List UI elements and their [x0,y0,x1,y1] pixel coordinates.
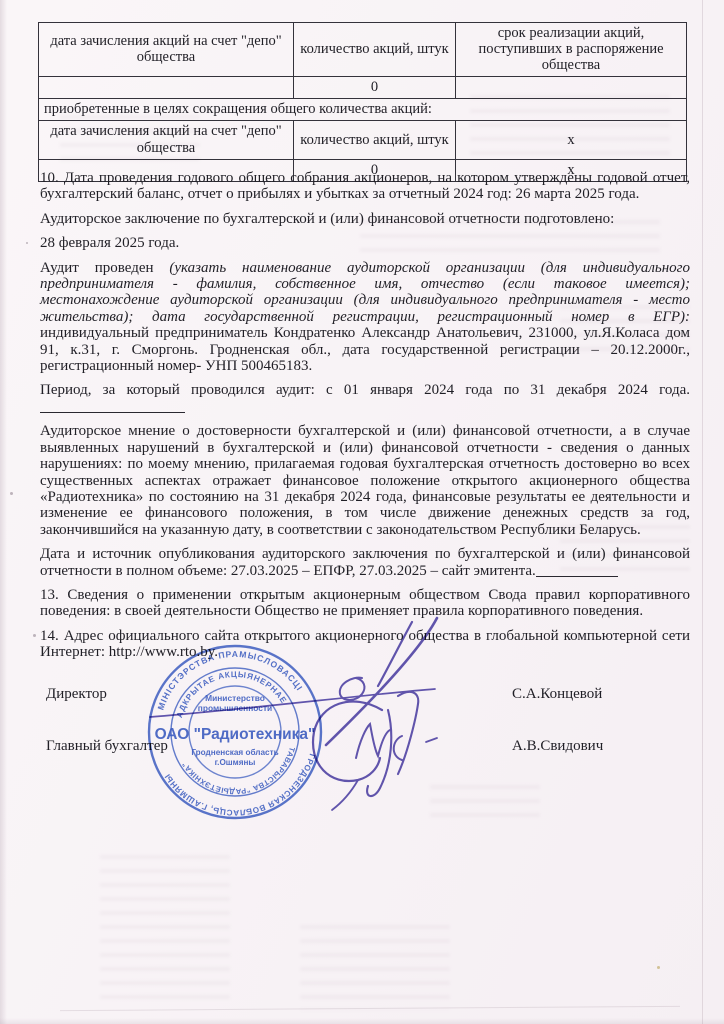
scan-line-artifact [60,1006,680,1011]
handwritten-signatures [130,592,560,827]
table-cell-acquired-for-reduction: приобретенные в целях сокращения общего … [39,98,687,120]
paragraph-publication: Дата и источник опубликования аудиторско… [40,546,690,579]
paragraph-audit-period: Период, за который проводился аудит: с 0… [40,382,690,415]
audit-period-text: Период, за который проводился аудит: с 0… [40,382,690,398]
scan-edge-shade [0,1018,724,1024]
director-signature-ink [150,618,437,745]
scan-speck [10,492,13,495]
table-cell-empty [456,76,687,98]
table-cell-empty [39,76,294,98]
scan-speck [33,634,36,637]
blank-underline [536,564,618,577]
paragraph-audit-report-date: 28 февраля 2025 года. [40,235,690,251]
paper-crease [702,0,703,1024]
table-cell-realization-term-header: срок реализации акций, поступивших в рас… [456,23,687,77]
scanned-document-page: дата зачисления акций на счет "депо" общ… [0,0,724,1024]
table-span-row: приобретенные в целях сокращения общего … [39,98,687,120]
scan-speck [26,242,28,244]
paragraph-agm-date: 10. Дата проведения годового общего собр… [40,170,690,203]
table-cell-share-count-value: 0 [294,76,456,98]
director-label: Директор [46,686,107,702]
table-header-row: дата зачисления акций на счет "депо" общ… [39,23,687,77]
auditor-info-lead: Аудит проведен [40,260,169,276]
paragraph-audit-opinion: Аудиторское мнение о достоверности бухга… [40,423,690,538]
paragraph-audit-prepared: Аудиторское заключение по бухгалтерской … [40,211,690,227]
table-cell-deposit-date-header: дата зачисления акций на счет "депо" общ… [39,23,294,77]
bleed-through-smudge [300,920,450,1010]
shares-disposal-table: дата зачисления акций на счет "депо" общ… [38,22,687,182]
table-cell-deposit-date-header: дата зачисления акций на счет "депо" общ… [39,120,294,159]
table-cell-share-count-header: количество акций, штук [294,23,456,77]
bleed-through-smudge [100,850,230,1000]
table-header-row: дата зачисления акций на счет "депо" общ… [39,120,687,159]
table-row: 0 [39,76,687,98]
table-cell-x-mark: х [456,120,687,159]
accountant-signature-ink [313,692,437,810]
scan-speck [657,966,660,969]
paragraph-auditor-info: Аудит проведен (указать наименование ауд… [40,260,690,375]
auditor-info-details: индивидуальный предприниматель Кондратен… [40,325,690,374]
scan-edge-shade [0,0,7,1024]
blank-underline [40,400,185,413]
table-cell-share-count-header: количество акций, штук [294,120,456,159]
